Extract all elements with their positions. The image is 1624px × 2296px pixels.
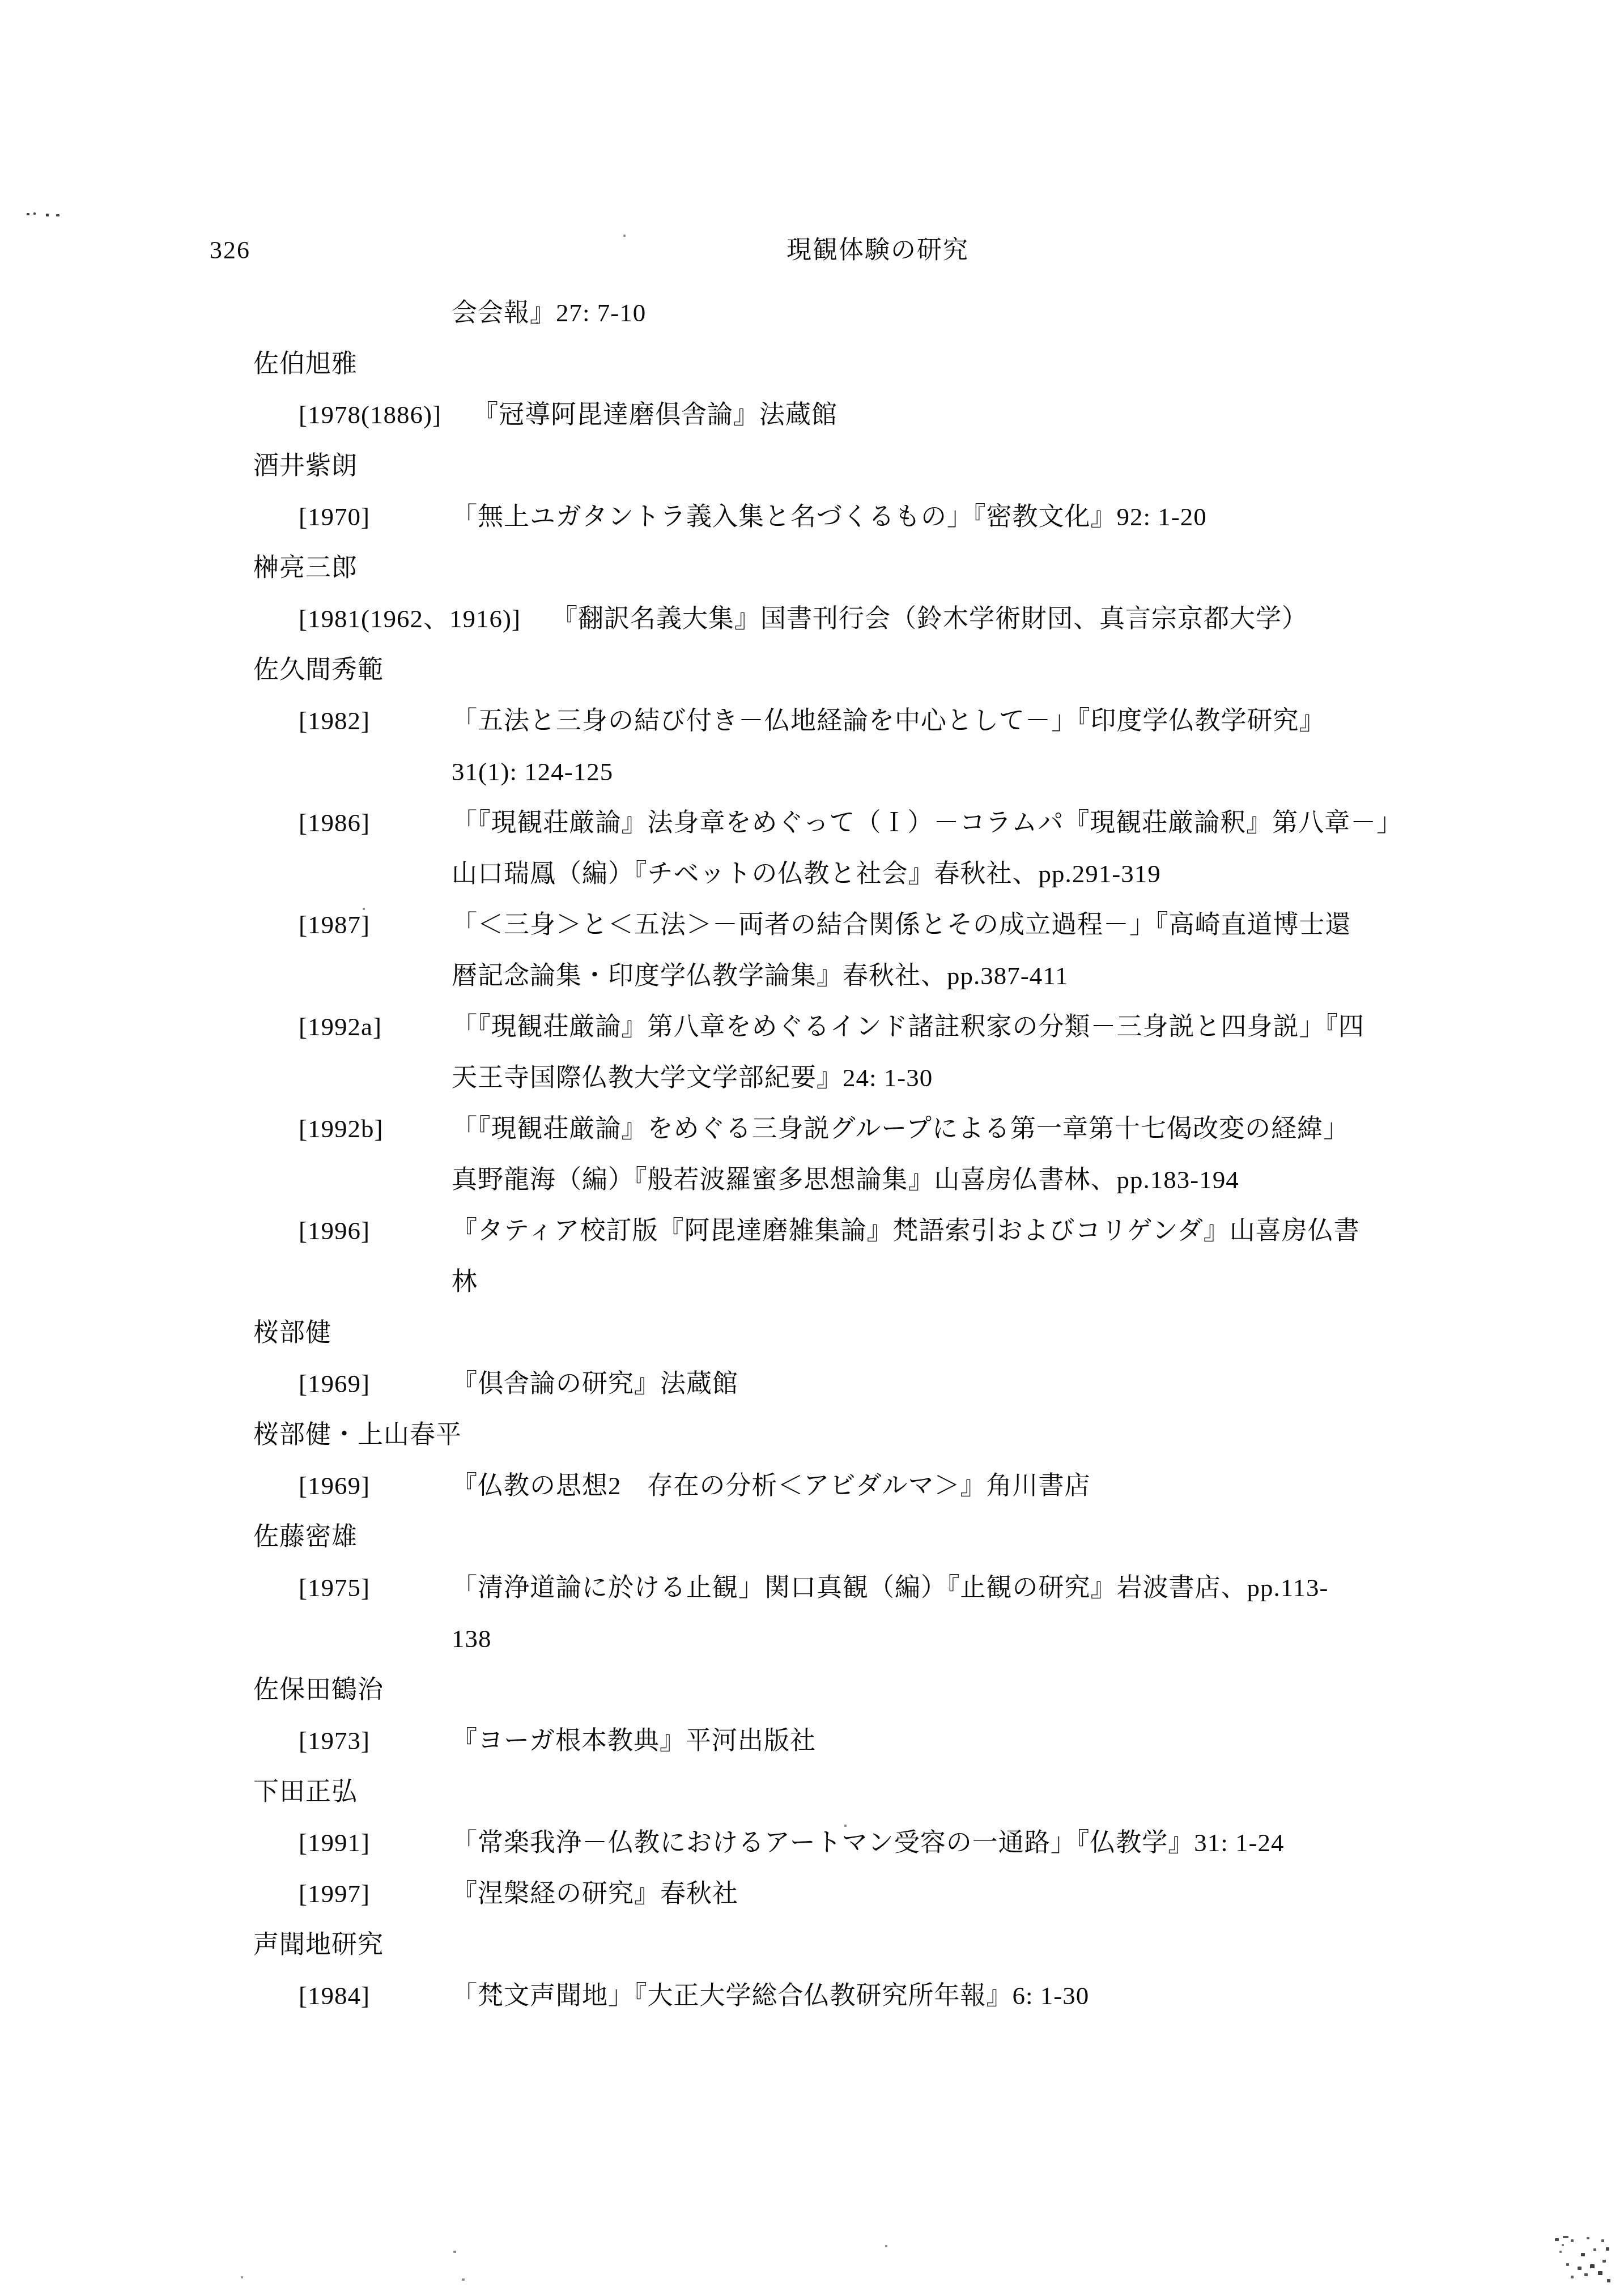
entry-year: [1975] [299,1562,452,1613]
author-line: 下田正弘 [253,1766,358,1817]
scan-speckle [1607,2279,1610,2282]
entry-text: 「五法と三身の結び付き－仏地経論を中心として－」『印度学仏教学研究』 [452,707,1325,735]
scan-speckle [363,908,365,910]
entry-year: [1969] [299,1460,452,1511]
entry-year: [1986] [299,797,452,848]
entry-text: 「清浄道論に於ける止観」関口真観（編）『止観の研究』岩波書店、pp.113- [452,1574,1329,1602]
scan-speckle [56,214,59,216]
continuation-line: 真野龍海（編）『般若波羅蜜多思想論集』山喜房仏書林、pp.183-194 [452,1154,1239,1205]
entry-line: [1992b]「『現観荘厳論』をめぐる三身説グループによる第一章第十七偈改変の経… [299,1103,1349,1154]
author-line: 桜部健・上山春平 [253,1409,462,1460]
entry-text: 『ヨーガ根本教典』平河出版社 [452,1727,816,1755]
scan-speckle [27,213,29,215]
scan-speckle [1562,2244,1564,2246]
scan-speckle [623,235,626,237]
entry-text: 『タティア校訂版『阿毘達磨雑集論』梵語索引およびコリゲンダ』山喜房仏書 [452,1217,1360,1245]
entry-year: [1978(1886)] [299,389,473,440]
entry-line: [1978(1886)]『冠導阿毘達磨倶舎論』法蔵館 [299,389,837,440]
scan-speckle [453,2251,456,2253]
entry-year: [1970] [299,491,452,542]
author-line: 佐保田鶴治 [253,1664,384,1715]
entry-text: 『倶舎論の研究』法蔵館 [452,1370,738,1398]
scan-speckle [1602,2260,1606,2263]
entry-line: [1992a]「『現観荘厳論』第八章をめぐるインド諸註釈家の分類－三身説と四身説… [299,1001,1364,1052]
continuation-line: 山口瑞鳳（編）『チベットの仏教と社会』春秋社、pp.291-319 [452,848,1161,899]
author-line: 佐伯旭雅 [253,338,358,389]
entry-text: 『翻訳名義大集』国書刊行会（鈴木学術財団、真言宗京都大学） [552,605,1308,633]
scan-speckle [844,1825,847,1827]
entry-year: [1984] [299,1970,452,2021]
scan-speckle [1571,2276,1574,2278]
scan-speckle [1566,2263,1569,2266]
continuation-line: 138 [452,1613,492,1664]
scan-speckle [1598,2271,1602,2275]
entry-year: [1982] [299,695,452,746]
entry-line: [1986]「『現観荘厳論』法身章をめぐって（Ｉ）－コラムパ『現観荘厳論釈』第八… [299,797,1402,848]
author-line: 榊亮三郎 [253,542,358,593]
entry-year: [1997] [299,1868,452,1919]
continuation-line: 暦記念論集・印度学仏教学論集』春秋社、pp.387-411 [452,950,1069,1001]
continuation-line: 会会報』27: 7-10 [452,287,646,338]
scan-speckle [1587,2237,1589,2239]
entry-text: 『仏教の思想2 存在の分析＜アビダルマ＞』角川書店 [452,1472,1091,1500]
entry-line: [1975]「清浄道論に於ける止観」関口真観（編）『止観の研究』岩波書店、pp.… [299,1562,1329,1613]
entry-line: [1991]「常楽我浄－仏教におけるアートマン受容の一通路」『仏教学』31: 1… [299,1817,1284,1868]
scan-speckle [1578,2267,1582,2270]
entry-line: [1997]『涅槃経の研究』春秋社 [299,1868,738,1919]
author-line: 佐久間秀範 [253,644,384,695]
scan-speckle [46,214,49,216]
entry-line: [1982]「五法と三身の結び付き－仏地経論を中心として－」『印度学仏教学研究』 [299,695,1325,746]
entry-text: 「常楽我浄－仏教におけるアートマン受容の一通路」『仏教学』31: 1-24 [452,1829,1284,1857]
scan-speckle [1590,2264,1595,2268]
scan-speckle [1559,2251,1562,2253]
entry-line: [1984]「梵文声聞地」『大正大学総合仏教研究所年報』6: 1-30 [299,1970,1089,2021]
author-line: 佐藤密雄 [253,1511,358,1562]
scan-speckle [1571,2239,1574,2242]
scan-speckle [462,2278,465,2281]
entry-text: 『冠導阿毘達磨倶舎論』法蔵館 [473,401,837,429]
entry-text: 『涅槃経の研究』春秋社 [452,1880,738,1908]
entry-line: [1981(1962、1916)]『翻訳名義大集』国書刊行会（鈴木学術財団、真言… [299,593,1308,644]
scan-speckle [885,2245,887,2247]
author-line: 酒井紫朗 [253,440,358,491]
entry-line: [1969]『倶舎論の研究』法蔵館 [299,1358,738,1409]
scan-speckle [1555,2238,1559,2241]
entry-year: [1992a] [299,1001,452,1052]
scan-speckle [1581,2253,1585,2256]
scan-speckle [33,212,36,215]
continuation-line: 31(1): 124-125 [452,746,613,797]
entry-line: [1970]「無上ユガタントラ義入集と名づくるもの」『密教文化』92: 1-20 [299,491,1207,542]
entry-text: 「無上ユガタントラ義入集と名づくるもの」『密教文化』92: 1-20 [452,503,1207,531]
scanned-page: 326 現観体験の研究 会会報』27: 7-10佐伯旭雅[1978(1886)]… [0,0,1624,2296]
author-line: 声聞地研究 [253,1919,384,1970]
entry-text: 「＜三身＞と＜五法＞－両者の結合関係とその成立過程－」『高崎直道博士還 [452,911,1351,939]
entry-year: [1996] [299,1205,452,1256]
scan-speckle [241,2276,243,2278]
entry-text: 「梵文声聞地」『大正大学総合仏教研究所年報』6: 1-30 [452,1982,1089,2010]
scan-speckle [1601,2239,1604,2242]
entry-year: [1981(1962、1916)] [299,593,552,644]
scan-speckle [536,322,538,324]
entry-year: [1969] [299,1358,452,1409]
entry-line: [1969]『仏教の思想2 存在の分析＜アビダルマ＞』角川書店 [299,1460,1091,1511]
bibliography: 会会報』27: 7-10佐伯旭雅[1978(1886)]『冠導阿毘達磨倶舎論』法… [0,0,1624,2296]
continuation-line: 天王寺国際仏教大学文学部紀要』24: 1-30 [452,1052,933,1103]
entry-line: [1996]『タティア校訂版『阿毘達磨雑集論』梵語索引およびコリゲンダ』山喜房仏… [299,1205,1360,1256]
entry-year: [1987] [299,899,452,950]
scan-speckle [1606,2247,1609,2251]
entry-year: [1992b] [299,1103,452,1154]
entry-text: 「『現観荘厳論』法身章をめぐって（Ｉ）－コラムパ『現観荘厳論釈』第八章－」 [452,809,1402,837]
entry-line: [1973]『ヨーガ根本教典』平河出版社 [299,1715,816,1766]
scan-speckle [1563,2236,1568,2238]
author-line: 桜部健 [253,1307,331,1358]
entry-text: 「『現観荘厳論』をめぐる三身説グループによる第一章第十七偈改変の経緯」 [452,1115,1349,1143]
entry-year: [1973] [299,1715,452,1766]
continuation-line: 林 [452,1256,478,1307]
entry-year: [1991] [299,1817,452,1868]
scan-speckle [1593,2248,1596,2251]
entry-line: [1987]「＜三身＞と＜五法＞－両者の結合関係とその成立過程－」『高崎直道博士… [299,899,1351,950]
scan-speckle [1584,2273,1588,2276]
entry-text: 「『現観荘厳論』第八章をめぐるインド諸註釈家の分類－三身説と四身説」『四 [452,1013,1364,1041]
